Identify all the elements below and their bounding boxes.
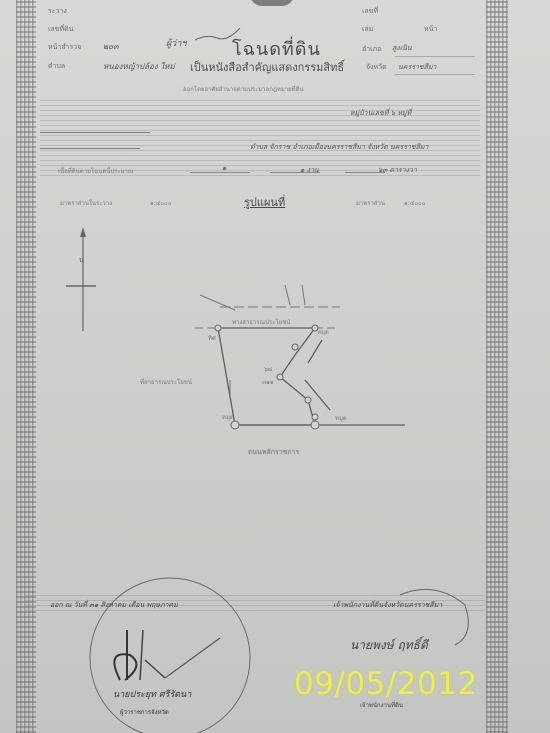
scale-right-label: มาตราส่วน [356, 198, 385, 208]
corner-se-label: หมุด [335, 413, 347, 423]
owner-line-1: หมู่บ้านเลขที่ ๖ หมู่ที่ [350, 108, 411, 119]
document-subtitle: เป็นหนังสือสำคัญแสดงกรรมสิทธิ์ [190, 58, 344, 76]
header-left-label-0: ระวาง [48, 6, 67, 17]
photo-of-land-title-deed: ระวาง เลขที่ดิน หน้าสำรวจ ๒๐๓ ตำบล หนองห… [0, 0, 550, 733]
decorative-border-left [16, 0, 36, 733]
corner-sw-label: หมุด [222, 412, 234, 422]
signature-right: นายพงษ์ ฤทธิ์ดี [350, 636, 428, 655]
header-left-label-1: เลขที่ดิน [48, 24, 73, 35]
map-section-title: รูปแผนที่ [244, 193, 285, 211]
north-arrow-icon [60, 225, 110, 335]
header-right-value-1: หน้า [424, 24, 437, 35]
south-boundary-label: ถนนหลักราชการ [248, 447, 299, 458]
header-left-value-2: ๒๐๓ [103, 40, 119, 53]
camera-date-overlay: 09/05/2012 [294, 666, 478, 702]
north-label: น [79, 255, 84, 266]
scale-left-label: มาตราส่วนในระวาง [60, 198, 112, 208]
garuda-emblem-icon [250, 0, 294, 6]
header-right-value-3: นครราชสีมา [398, 62, 437, 73]
header-right-label-1: เล่ม [362, 24, 373, 35]
scale-right-value: ๑:๔๐๐๐ [404, 198, 425, 208]
area-ngan: ๑ งาน [300, 165, 319, 176]
header-left-label-2: หน้าสำรวจ [48, 42, 81, 53]
plot-sub-number: ๓๑๑ [262, 377, 274, 387]
official-seal-left-icon [85, 570, 265, 733]
scale-left-value: ๑:๔๐๐๐ [150, 198, 171, 208]
issued-under-text: ออกโดยอาศัยอำนาจตามประมวลกฎหมายที่ดิน [183, 84, 304, 94]
plot-number: ๖๘ [264, 364, 272, 374]
corner-nw-label: ทิศ [208, 333, 216, 343]
header-left-label-3: ตำบล [48, 61, 65, 72]
header-right-value-2: สูงเนิน [392, 43, 412, 54]
area-wa: ๖๓ ตารางวา [378, 165, 417, 176]
header-right-label-3: จังหวัด [366, 62, 387, 73]
owner-line-2: ตำบล จักราช อำเภอเมืองนครราชสีมา จังหวัด… [250, 142, 428, 153]
decorative-border-right [486, 0, 508, 733]
area-rai: ๑ [222, 163, 226, 174]
top-signature: ผู้ว่าฯ [166, 36, 186, 50]
corner-ne-label: หมุด [317, 327, 329, 337]
north-road-label: ทางสาธารณประโยชน์ [232, 317, 290, 327]
signer-left-name: นายประยุท ศรีรัตนา [113, 687, 191, 701]
header-right-label-2: อำเภอ [362, 44, 381, 55]
header-right-label-0: เลขที่ [362, 6, 378, 17]
area-label: เนื้อที่ดินตามโฉนดนี้ประมาณ [58, 166, 133, 176]
west-boundary-label: ที่สาธารณประโยชน์ [140, 377, 192, 387]
signer-left-role: ผู้ว่าราชการจังหวัด [120, 707, 169, 717]
header-left-value-3: หนองหญ้าปล้อง ใหม่ [103, 60, 175, 73]
